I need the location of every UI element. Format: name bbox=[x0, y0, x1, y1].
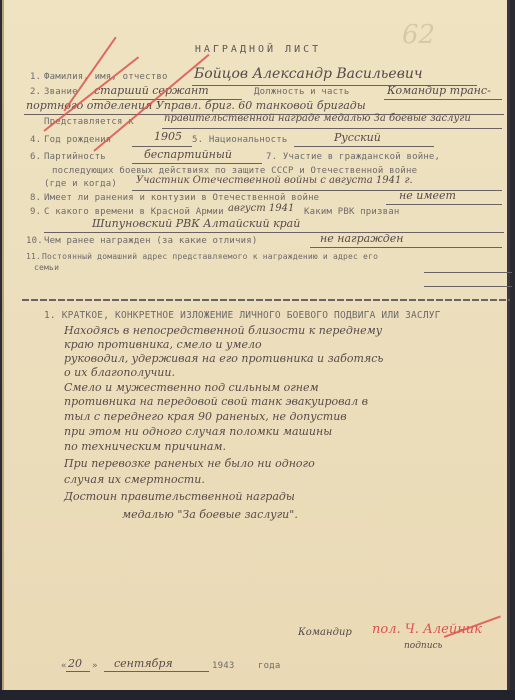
field-underline bbox=[384, 99, 502, 100]
field-value-rank: старший сержант bbox=[94, 84, 209, 97]
field-value-nominated: правительственной награде медалью За бое… bbox=[164, 113, 471, 124]
field-underline bbox=[132, 163, 262, 164]
field-underline bbox=[44, 232, 504, 233]
date-underline bbox=[66, 671, 90, 672]
field-num-8: 8. bbox=[30, 193, 41, 203]
field-value-nationality: Русский bbox=[334, 131, 381, 144]
narrative-line: случая их смертности. bbox=[64, 473, 205, 486]
field-underline bbox=[162, 128, 502, 129]
date-underline bbox=[104, 671, 209, 672]
date-quote-close: » bbox=[92, 661, 98, 671]
field-underline bbox=[424, 286, 512, 287]
field-label-position: Должность и часть bbox=[254, 87, 350, 97]
date-month: сентября bbox=[114, 657, 173, 670]
field-label-drafted: Каким РВК призван bbox=[304, 207, 400, 217]
field-label-prior-awards: Чем ранее награжден (за какие отличия) bbox=[44, 236, 258, 246]
narrative-line: Смело и мужественно под сильным огнем bbox=[64, 381, 319, 394]
date-year: 1943 bbox=[212, 661, 234, 671]
narrative-line: Достоин правительственной награды bbox=[64, 490, 295, 503]
field-num-1: 1. bbox=[30, 72, 41, 82]
field-label-wounds: Имеет ли ранения и контузии в Отечествен… bbox=[44, 193, 319, 203]
narrative-line: при этом ни одного случая поломки машины bbox=[64, 425, 332, 438]
field-value-since: август 1941 bbox=[228, 203, 294, 214]
narrative-line: краю противника, смело и умело bbox=[64, 338, 262, 351]
scan-background bbox=[0, 690, 515, 700]
field-num-10: 10. bbox=[26, 236, 43, 246]
field-value-position: Командир транс- bbox=[387, 84, 491, 97]
field-value-prior-awards: не награжден bbox=[320, 232, 403, 245]
field-label-address: Постоянный домашний адрес представляемог… bbox=[42, 252, 378, 261]
field-label-party: Партийность bbox=[44, 152, 106, 162]
field-value-name: Бойцов Александр Васильевич bbox=[194, 66, 423, 82]
narrative-line: медалью "За боевые заслуги". bbox=[122, 508, 298, 521]
section-divider bbox=[22, 299, 510, 301]
field-underline bbox=[424, 272, 512, 273]
section-heading: 1. КРАТКОЕ, КОНКРЕТНОЕ ИЗЛОЖЕНИЕ ЛИЧНОГО… bbox=[44, 310, 441, 321]
field-underline bbox=[386, 204, 502, 205]
date-suffix: года bbox=[258, 661, 280, 671]
field-label-family: семьи bbox=[34, 263, 59, 272]
field-value-party: беспартийный bbox=[144, 148, 232, 161]
field-num-2: 2. bbox=[30, 87, 41, 97]
signature-caption: подпись bbox=[404, 641, 442, 651]
narrative-line: руководил, удерживая на его противника и… bbox=[64, 352, 383, 365]
award-sheet-page: 62 НАГРАДНОЙ ЛИСТ 1. Фамилия, имя, отчес… bbox=[2, 0, 510, 690]
narrative-line: противника на передовой свой танк эвакуи… bbox=[64, 395, 368, 408]
narrative-line: Находясь в непосредственной близости к п… bbox=[64, 324, 382, 337]
field-label-civil-war: 7. Участие в гражданской войне, bbox=[266, 152, 440, 162]
narrative-line: При перевозке раненых не было ни одного bbox=[64, 457, 315, 470]
field-underline bbox=[132, 146, 192, 147]
field-label-where-when: (где и когда) bbox=[44, 179, 117, 189]
field-value-drafted: Шипуновский РВК Алтайский край bbox=[92, 217, 300, 230]
document-title: НАГРАДНОЙ ЛИСТ bbox=[4, 44, 512, 55]
field-underline bbox=[310, 247, 502, 248]
narrative-line: о их благополучии. bbox=[64, 366, 175, 379]
field-value-war-participation: Участник Отечественной войны с августа 1… bbox=[136, 175, 413, 186]
field-num-9: 9. bbox=[30, 207, 41, 217]
date-day: 20 bbox=[68, 657, 82, 670]
field-num-11: 11. bbox=[26, 252, 41, 261]
field-value-wounds: не имеет bbox=[399, 189, 456, 202]
field-num-4: 4. bbox=[30, 135, 41, 145]
narrative-line: по техническим причинам. bbox=[64, 440, 226, 453]
field-value-birth-year: 1905 bbox=[154, 130, 182, 143]
field-num-6: 6. bbox=[30, 152, 41, 162]
date-quote-open: « bbox=[61, 661, 67, 671]
field-label-nationality: 5. Национальность bbox=[192, 135, 288, 145]
field-label-since: С какого времени в Красной Армии bbox=[44, 207, 224, 217]
narrative-line: тыл с переднего края 90 раненых, не допу… bbox=[64, 410, 347, 423]
signature-role: Командир bbox=[298, 627, 352, 638]
field-underline bbox=[294, 146, 434, 147]
